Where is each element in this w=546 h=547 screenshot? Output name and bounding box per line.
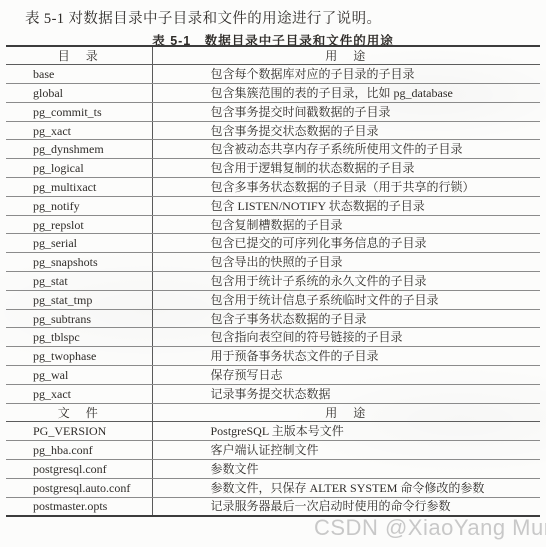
table-row: pg_stat_tmp包含用于统计信息子系统临时文件的子目录 (6, 290, 540, 309)
entry-name: pg_twophase (6, 347, 152, 366)
entry-name: global (6, 84, 152, 103)
entry-purpose: 包含已提交的可序列化事务信息的子目录 (152, 234, 540, 253)
table-row: pg_hba.conf客户端认证控制文件 (6, 441, 540, 460)
table-row: pg_serial包含已提交的可序列化事务信息的子目录 (6, 234, 540, 253)
entry-name: pg_xact (6, 384, 152, 403)
entry-name: pg_logical (6, 159, 152, 178)
table-row: pg_logical包含用于逻辑复制的状态数据的子目录 (6, 159, 540, 178)
entry-purpose: 包含导出的快照的子目录 (152, 253, 540, 272)
header-purpose-cell: 用 途 (152, 403, 540, 422)
entry-purpose: 包含子事务状态数据的子目录 (152, 309, 540, 328)
table-row: pg_repslot包含复制槽数据的子目录 (6, 215, 540, 234)
entry-name: pg_serial (6, 234, 152, 253)
table-row: pg_notify包含 LISTEN/NOTIFY 状态数据的子目录 (6, 196, 540, 215)
table-header-row: 文 件用 途 (6, 403, 540, 422)
entry-purpose: 参数文件 (152, 460, 540, 479)
entry-purpose: 包含用于统计子系统的永久文件的子目录 (152, 272, 540, 291)
entry-purpose: 包含复制槽数据的子目录 (152, 215, 540, 234)
entry-name: pg_stat_tmp (6, 290, 152, 309)
intro-paragraph: 表 5-1 对数据目录中子目录和文件的用途进行了说明。 (25, 7, 381, 28)
entry-purpose: 包含用于统计信息子系统临时文件的子目录 (152, 290, 540, 309)
entry-purpose: 包含每个数据库对应的子目录的子目录 (152, 65, 540, 84)
table-row: postgresql.auto.conf参数文件，只保存 ALTER SYSTE… (6, 478, 540, 497)
table-row: postgresql.conf参数文件 (6, 460, 540, 479)
table-row: pg_tblspc包含指向表空间的符号链接的子目录 (6, 328, 540, 347)
entry-name: pg_subtrans (6, 309, 152, 328)
entry-purpose: 客户端认证控制文件 (152, 441, 540, 460)
table-row: pg_multixact包含多事务状态数据的子目录（用于共享的行锁） (6, 178, 540, 197)
entry-purpose: 包含用于逻辑复制的状态数据的子目录 (152, 159, 540, 178)
entry-purpose: 包含多事务状态数据的子目录（用于共享的行锁） (152, 178, 540, 197)
header-name-cell: 文 件 (6, 403, 152, 422)
entry-name: pg_wal (6, 366, 152, 385)
entry-name: pg_repslot (6, 215, 152, 234)
entry-name: pg_stat (6, 272, 152, 291)
watermark-text: CSDN @XiaoYang Mum (314, 515, 546, 541)
table-row: pg_xact包含事务提交状态数据的子目录 (6, 121, 540, 140)
entry-purpose: 记录服务器最后一次启动时使用的命令行参数 (152, 497, 540, 516)
entry-name: pg_hba.conf (6, 441, 152, 460)
usage-table: 目 录用 途base包含每个数据库对应的子目录的子目录global包含集簇范围的… (6, 45, 540, 517)
entry-purpose: 记录事务提交状态数据 (152, 384, 540, 403)
entry-purpose: 包含 LISTEN/NOTIFY 状态数据的子目录 (152, 196, 540, 215)
entry-name: pg_multixact (6, 178, 152, 197)
entry-name: pg_xact (6, 121, 152, 140)
entry-name: base (6, 65, 152, 84)
entry-name: PG_VERSION (6, 422, 152, 441)
entry-purpose: 包含被动态共享内存子系统所使用文件的子目录 (152, 140, 540, 159)
entry-purpose: PostgreSQL 主版本号文件 (152, 422, 540, 441)
table-row: postmaster.opts记录服务器最后一次启动时使用的命令行参数 (6, 497, 540, 516)
table-row: pg_twophase用于预备事务状态文件的子目录 (6, 347, 540, 366)
entry-purpose: 包含集簇范围的表的子目录，比如 pg_database (152, 84, 540, 103)
entry-purpose: 保存预写日志 (152, 366, 540, 385)
entry-purpose: 参数文件，只保存 ALTER SYSTEM 命令修改的参数 (152, 478, 540, 497)
entry-name: pg_notify (6, 196, 152, 215)
table-row: pg_snapshots包含导出的快照的子目录 (6, 253, 540, 272)
entry-purpose: 包含事务提交时间戳数据的子目录 (152, 102, 540, 121)
table-row: base包含每个数据库对应的子目录的子目录 (6, 65, 540, 84)
table-row: pg_subtrans包含子事务状态数据的子目录 (6, 309, 540, 328)
entry-name: postgresql.auto.conf (6, 478, 152, 497)
table-row: global包含集簇范围的表的子目录，比如 pg_database (6, 84, 540, 103)
entry-name: postmaster.opts (6, 497, 152, 516)
entry-purpose: 包含事务提交状态数据的子目录 (152, 121, 540, 140)
table-row: pg_commit_ts包含事务提交时间戳数据的子目录 (6, 102, 540, 121)
entry-name: pg_tblspc (6, 328, 152, 347)
table-row: pg_dynshmem包含被动态共享内存子系统所使用文件的子目录 (6, 140, 540, 159)
entry-name: pg_snapshots (6, 253, 152, 272)
table-row: pg_xact记录事务提交状态数据 (6, 384, 540, 403)
entry-purpose: 用于预备事务状态文件的子目录 (152, 347, 540, 366)
entry-name: pg_dynshmem (6, 140, 152, 159)
header-name-cell: 目 录 (6, 46, 152, 65)
table-header-row: 目 录用 途 (6, 46, 540, 65)
entry-name: postgresql.conf (6, 460, 152, 479)
entry-name: pg_commit_ts (6, 102, 152, 121)
table-row: pg_wal保存预写日志 (6, 366, 540, 385)
table-row: PG_VERSIONPostgreSQL 主版本号文件 (6, 422, 540, 441)
header-purpose-cell: 用 途 (152, 46, 540, 65)
table-row: pg_stat包含用于统计子系统的永久文件的子目录 (6, 272, 540, 291)
entry-purpose: 包含指向表空间的符号链接的子目录 (152, 328, 540, 347)
